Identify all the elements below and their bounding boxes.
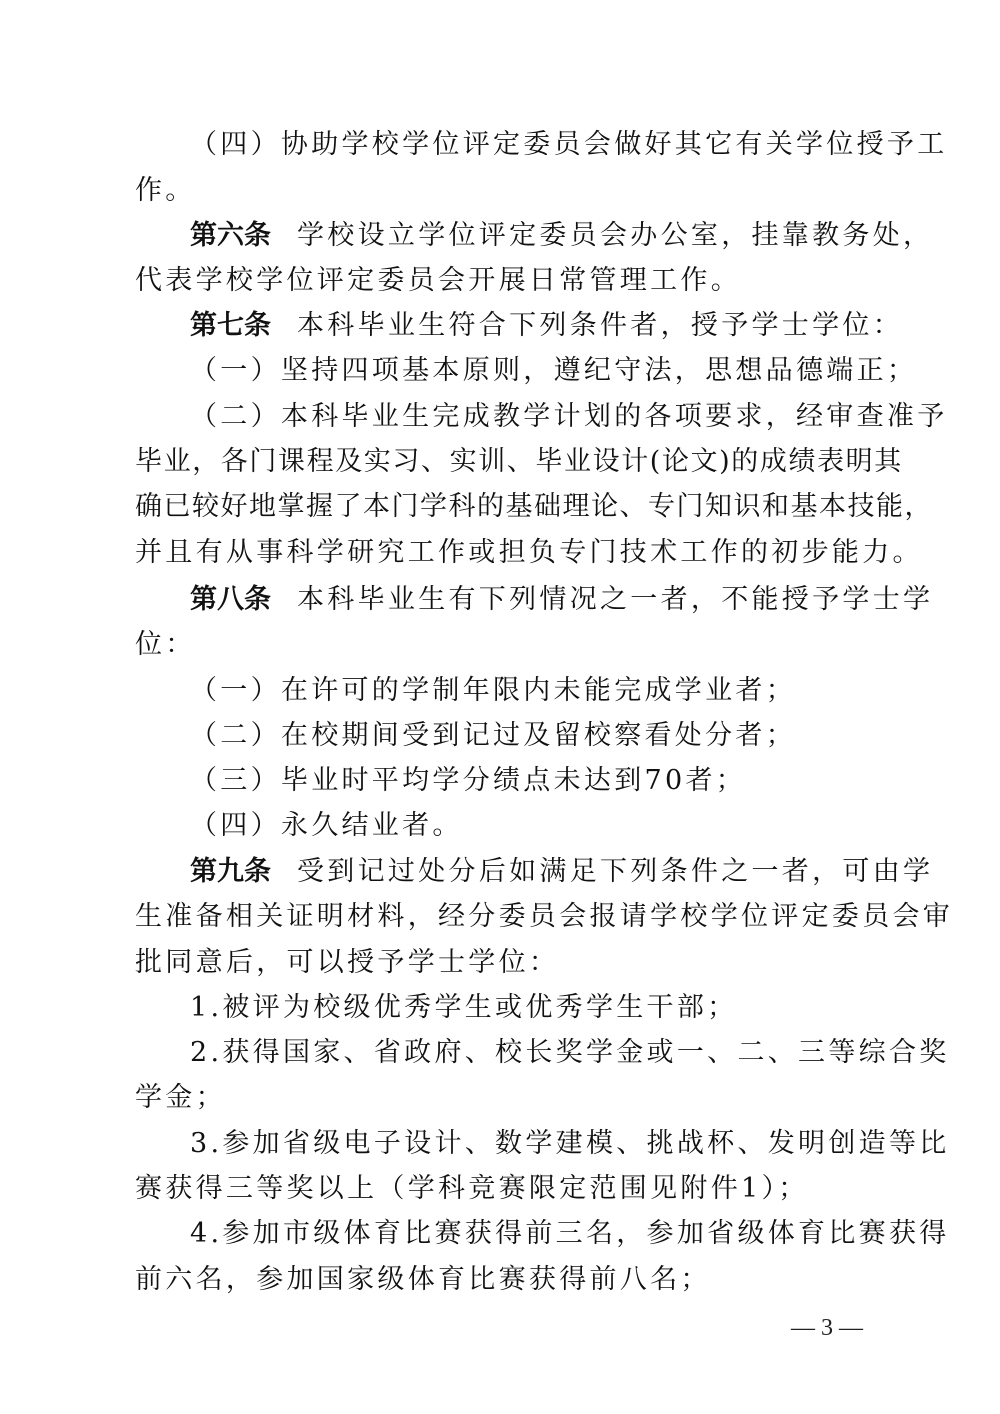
line-text: （二）本科毕业生完成教学计划的各项要求，经审查准予 [190, 401, 948, 432]
article-heading: 第九条 [190, 856, 271, 887]
line-text: 赛获得三等奖以上（学科竞赛限定范围见附件1）； [135, 1173, 809, 1204]
paragraph-line: 赛获得三等奖以上（学科竞赛限定范围见附件1）； [135, 1172, 865, 1206]
paragraph-line: 批同意后，可以授予学士学位： [135, 946, 865, 980]
line-text: 学金； [135, 1082, 226, 1113]
line-text: 前六名，参加国家级体育比赛获得前八名； [135, 1264, 711, 1295]
article-9-line: 第九条受到记过处分后如满足下列条件之一者，可由学 [190, 855, 870, 889]
line-text: 位： [135, 629, 196, 660]
document-page: （四）协助学校学位评定委员会做好其它有关学位授予工 作。 第六条学校设立学位评定… [0, 0, 1000, 1414]
list-item: 2.获得国家、省政府、校长奖学金或一、二、三等综合奖 [190, 1036, 870, 1070]
paragraph-line: 代表学校学位评定委员会开展日常管理工作。 [135, 264, 865, 298]
line-text: 本科毕业生符合下列条件者，授予学士学位： [297, 310, 903, 341]
line-text: 批同意后，可以授予学士学位： [135, 947, 559, 978]
paragraph-line: （一）在许可的学制年限内未能完成学业者； [190, 674, 870, 708]
paragraph-line: （一）坚持四项基本原则，遵纪守法，思想品德端正； [190, 354, 870, 388]
line-text: 受到记过处分后如满足下列条件之一者，可由学 [297, 856, 933, 887]
line-text: 生准备相关证明材料，经分委员会报请学校学位评定委员会审 [135, 901, 953, 932]
line-text: （四）永久结业者。 [190, 810, 463, 841]
paragraph-line: 并且有从事科学研究工作或担负专门技术工作的初步能力。 [135, 536, 865, 570]
line-text: 4.参加市级体育比赛获得前三名，参加省级体育比赛获得 [190, 1218, 950, 1249]
paragraph-line: （二）在校期间受到记过及留校察看处分者； [190, 719, 870, 753]
paragraph-line: 作。 [135, 174, 865, 208]
paragraph-line: 前六名，参加国家级体育比赛获得前八名； [135, 1263, 865, 1297]
list-item: 4.参加市级体育比赛获得前三名，参加省级体育比赛获得 [190, 1217, 870, 1251]
line-text: 并且有从事科学研究工作或担负专门技术工作的初步能力。 [135, 537, 923, 568]
list-item: 3.参加省级电子设计、数学建模、挑战杯、发明创造等比 [190, 1127, 870, 1161]
paragraph-line: （四）协助学校学位评定委员会做好其它有关学位授予工 [190, 128, 870, 162]
line-text: （二）在校期间受到记过及留校察看处分者； [190, 720, 796, 751]
paragraph-line: 毕业，各门课程及实习、实训、毕业设计(论文)的成绩表明其 [135, 445, 865, 479]
page-number: — 3 — [782, 1313, 872, 1343]
line-text: （一）在许可的学制年限内未能完成学业者； [190, 675, 796, 706]
line-text: 毕业，各门课程及实习、实训、毕业设计(论文)的成绩表明其 [135, 446, 903, 477]
line-text: 确已较好地掌握了本门学科的基础理论、专门知识和基本技能， [135, 491, 933, 522]
line-text: 2.获得国家、省政府、校长奖学金或一、二、三等综合奖 [190, 1037, 950, 1068]
paragraph-line: 位： [135, 628, 865, 662]
article-8-line: 第八条本科毕业生有下列情况之一者，不能授予学士学 [190, 583, 870, 617]
line-text: （四）协助学校学位评定委员会做好其它有关学位授予工 [190, 129, 948, 160]
paragraph-line: 确已较好地掌握了本门学科的基础理论、专门知识和基本技能， [135, 490, 865, 524]
paragraph-line: 生准备相关证明材料，经分委员会报请学校学位评定委员会审 [135, 900, 865, 934]
paragraph-line: （二）本科毕业生完成教学计划的各项要求，经审查准予 [190, 400, 870, 434]
article-heading: 第七条 [190, 310, 271, 341]
line-text: 本科毕业生有下列情况之一者，不能授予学士学 [297, 584, 933, 615]
paragraph-line: （四）永久结业者。 [190, 809, 870, 843]
paragraph-line: （三）毕业时平均学分绩点未达到70者； [190, 764, 870, 798]
article-heading: 第八条 [190, 584, 271, 615]
line-text: 1.被评为校级优秀学生或优秀学生干部； [190, 992, 737, 1023]
line-text: （三）毕业时平均学分绩点未达到70者； [190, 765, 746, 796]
article-7-line: 第七条本科毕业生符合下列条件者，授予学士学位： [190, 309, 870, 343]
paragraph-line: 学金； [135, 1081, 865, 1115]
line-text: 作。 [135, 175, 196, 206]
line-text: （一）坚持四项基本原则，遵纪守法，思想品德端正； [190, 355, 917, 386]
line-text: 3.参加省级电子设计、数学建模、挑战杯、发明创造等比 [190, 1128, 950, 1159]
line-text: 学校设立学位评定委员会办公室，挂靠教务处， [297, 220, 933, 251]
list-item: 1.被评为校级优秀学生或优秀学生干部； [190, 991, 870, 1025]
article-6-line: 第六条学校设立学位评定委员会办公室，挂靠教务处， [190, 219, 870, 253]
line-text: 代表学校学位评定委员会开展日常管理工作。 [135, 265, 741, 296]
article-heading: 第六条 [190, 220, 271, 251]
